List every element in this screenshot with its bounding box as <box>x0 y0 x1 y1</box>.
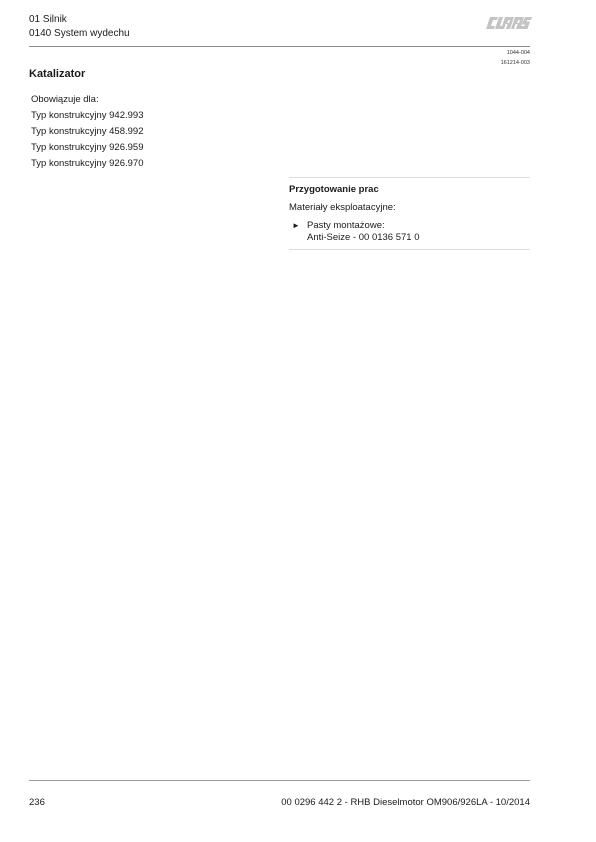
footer-divider <box>29 780 530 781</box>
applies-to-label: Obowiązuje dla: <box>31 92 143 108</box>
list-item: Typ konstrukcyjny 942.993 <box>31 108 143 124</box>
claas-logo-icon <box>486 14 532 32</box>
bullet-arrow-icon: ► <box>292 220 300 232</box>
list-item: ► Pasty montażowe: Anti-Seize - 00 0136 … <box>289 220 530 244</box>
preparation-title: Przygotowanie prac <box>289 184 530 196</box>
consumable-part-number: Anti-Seize - 00 0136 571 0 <box>307 232 530 244</box>
consumable-name: Pasty montażowe: <box>307 220 530 232</box>
section-heading: 0140 System wydechu <box>29 28 130 40</box>
section-divider <box>289 177 530 178</box>
applies-to-list: Obowiązuje dla: Typ konstrukcyjny 942.99… <box>31 92 143 172</box>
preparation-section: Przygotowanie prac Materiały eksploatacy… <box>289 177 530 250</box>
list-item: Typ konstrukcyjny 926.959 <box>31 140 143 156</box>
consumables-label: Materiały eksploatacyjne: <box>289 202 530 214</box>
page-title: Katalizator <box>29 67 85 81</box>
chapter-heading: 01 Silnik <box>29 14 67 26</box>
list-item: Typ konstrukcyjny 926.970 <box>31 156 143 172</box>
section-divider <box>289 249 530 250</box>
page-number: 236 <box>29 797 45 808</box>
document-id: 161214-003 <box>501 60 530 67</box>
document-id: 1044-004 <box>507 50 530 57</box>
footer-reference: 00 0296 442 2 - RHB Dieselmotor OM906/92… <box>281 797 530 808</box>
header-divider <box>29 46 530 47</box>
list-item: Typ konstrukcyjny 458.992 <box>31 124 143 140</box>
